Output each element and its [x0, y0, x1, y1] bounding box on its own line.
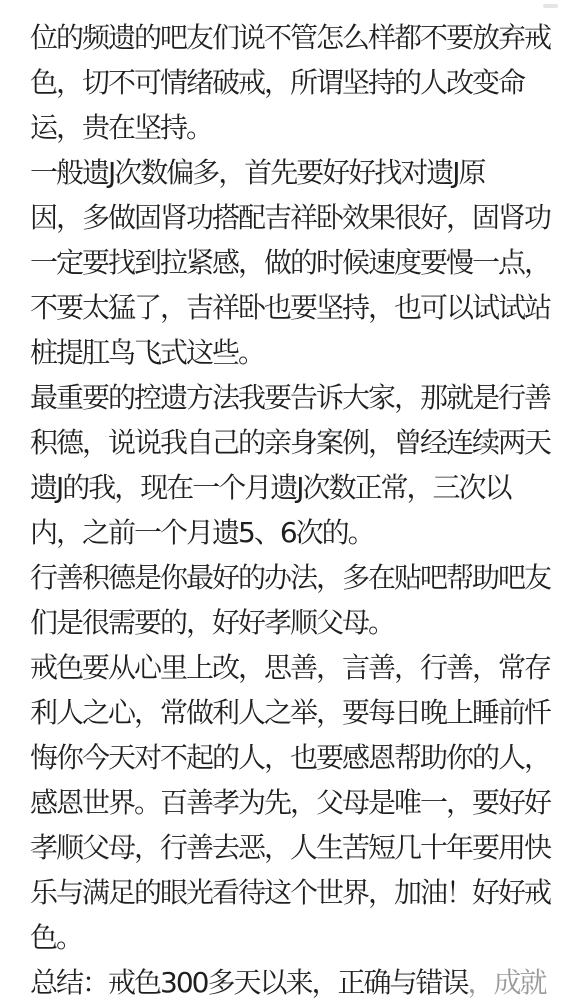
- text-line: 遗J的我，现在一个月遗J次数正常，三次以: [30, 465, 580, 510]
- text-line: 乐与满足的眼光看待这个世界，加油！好好戒: [30, 870, 580, 915]
- text-line: 桩提肛鸟飞式这些。: [30, 330, 580, 375]
- text-line: 一定要找到拉紧感，做的时候速度要慢一点，: [30, 240, 580, 285]
- summary-text-line: 总结：戒色300多天以来，正确与错误，成就: [30, 960, 580, 1004]
- text-line: 最重要的控遗方法我要告诉大家，那就是行善: [30, 375, 580, 420]
- text-line: 利人之心，常做利人之举，要每日晚上睡前忏: [30, 690, 580, 735]
- text-line: 一般遗J次数偏多，首先要好好找对遗J原: [30, 150, 580, 195]
- summary-main-text: 总结：戒色300多天以来，正确与错误: [30, 966, 467, 999]
- text-line: 位的频遗的吧友们说不管怎么样都不要放弃戒: [30, 15, 580, 60]
- text-line: 们是很需要的，好好孝顺父母。: [30, 600, 580, 645]
- text-line: 色，切不可情绪破戒，所谓坚持的人改变命: [30, 60, 580, 105]
- text-line: 不要太猛了，吉祥卧也要坚持，也可以试试站: [30, 285, 580, 330]
- text-line: 戒色要从心里上改，思善，言善，行善，常存: [30, 645, 580, 690]
- text-line: 色。: [30, 915, 580, 960]
- text-line: 悔你今天对不起的人，也要感恩帮助你的人，: [30, 735, 580, 780]
- edge-artifact-smudge: [543, 4, 558, 8]
- text-line: 因，多做固肾功搭配吉祥卧效果很好，固肾功: [30, 195, 580, 240]
- text-line: 孝顺父母，行善去恶，人生苦短几十年要用快: [30, 825, 580, 870]
- text-line: 行善积德是你最好的办法，多在贴吧帮助吧友: [30, 555, 580, 600]
- text-line: 运，贵在坚持。: [30, 105, 580, 150]
- screenshot-page: { "page": { "background": "#ffffff", "te…: [0, 0, 580, 1004]
- text-line: 内，之前一个月遗5、6次的。: [30, 510, 580, 555]
- text-line: 积德，说说我自己的亲身案例，曾经连续两天: [30, 420, 580, 465]
- summary-faded-text: ，成就: [467, 966, 545, 999]
- text-line: 感恩世界。百善孝为先，父母是唯一，要好好: [30, 780, 580, 825]
- article-body: 位的频遗的吧友们说不管怎么样都不要放弃戒 色，切不可情绪破戒，所谓坚持的人改变命…: [30, 15, 580, 1004]
